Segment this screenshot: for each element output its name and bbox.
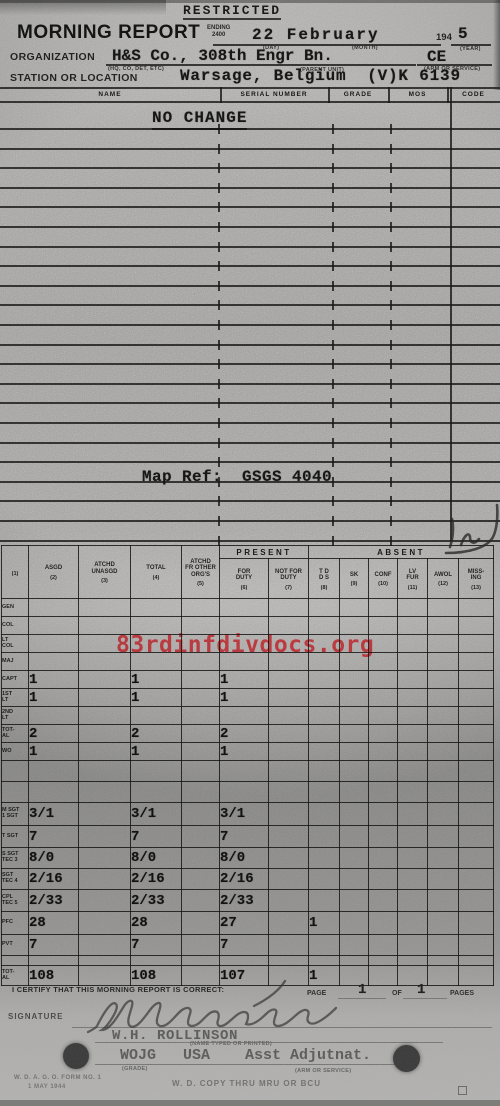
pages-underline	[403, 998, 447, 999]
tally-cell: 3/1	[29, 803, 79, 826]
roster-rule-tick	[218, 242, 220, 252]
tally-cell	[182, 761, 220, 782]
tally-cell: 108	[29, 966, 79, 986]
roster-rule-tick	[332, 477, 334, 487]
tally-cell	[220, 653, 269, 671]
tally-cell	[309, 653, 340, 671]
tally-cell	[340, 617, 369, 635]
tally-cell	[428, 935, 459, 956]
roster-rule-line	[0, 540, 500, 542]
roster-header-row: NAMESERIAL NUMBERGRADEMOSCODE	[0, 88, 500, 102]
report-year-value: 5	[458, 25, 468, 43]
tally-cell	[79, 890, 131, 912]
tally-cell: 1	[220, 671, 269, 689]
roster-rule-tick	[390, 379, 392, 389]
page-label: PAGE	[307, 990, 326, 997]
tally-cell	[340, 707, 369, 725]
tally-cell	[340, 599, 369, 617]
tally-cell	[428, 912, 459, 935]
tally-cell	[309, 635, 340, 653]
tally-cell: 7	[29, 935, 79, 956]
tally-cell	[79, 599, 131, 617]
tally-cell	[340, 671, 369, 689]
punch-hole-right	[393, 1045, 420, 1072]
tally-cell	[269, 912, 309, 935]
tally-column-header: T DD S(8)	[309, 559, 340, 599]
of-label: OF	[392, 990, 402, 997]
tally-cell	[398, 671, 428, 689]
roster-rule-tick	[218, 496, 220, 506]
tally-cell	[29, 653, 79, 671]
roster-rule-tick	[390, 457, 392, 467]
tally-cell	[269, 803, 309, 826]
tally-cell: 28	[29, 912, 79, 935]
tally-column-header: TOTAL(4)	[131, 546, 182, 599]
roster-rule-line	[0, 324, 500, 326]
tally-cell	[29, 707, 79, 725]
tally-cell	[340, 761, 369, 782]
roster-rule-tick	[390, 496, 392, 506]
tally-row	[2, 782, 494, 803]
tally-cell	[79, 689, 131, 707]
roster-rule-tick	[332, 320, 334, 330]
station-label: STATION OR LOCATION	[10, 72, 138, 84]
tally-cell	[340, 743, 369, 761]
tally-row-label: M SGT1 SGT	[2, 803, 29, 826]
tally-cell	[220, 635, 269, 653]
tally-cell	[428, 635, 459, 653]
roster-rule-tick	[390, 163, 392, 173]
month-label: (MONTH)	[352, 45, 378, 51]
page-number-value: 1	[358, 982, 366, 998]
year-prefix-label: 194	[436, 32, 452, 43]
pages-label: PAGES	[450, 990, 474, 997]
tally-cell	[29, 635, 79, 653]
tally-row: 2NDLT	[2, 707, 494, 725]
tally-cell	[29, 782, 79, 803]
tally-cell	[309, 935, 340, 956]
tally-cell	[131, 635, 182, 653]
tally-cell	[309, 599, 340, 617]
tally-cell	[79, 935, 131, 956]
tally-row-label: GEN	[2, 599, 29, 617]
restricted-stamp: RESTRICTED	[183, 3, 281, 20]
roster-header-bottom-line	[0, 101, 500, 103]
tally-row-label: MAJ	[2, 653, 29, 671]
tally-cell	[369, 966, 398, 986]
tally-column-header: FORDUTY(6)	[220, 559, 269, 599]
tally-cell	[428, 869, 459, 890]
tally-cell	[369, 653, 398, 671]
tally-cell	[340, 912, 369, 935]
tally-cell: 108	[131, 966, 182, 986]
roster-rule-line	[0, 304, 500, 306]
roster-rule-tick	[332, 281, 334, 291]
roster-rule-tick	[332, 222, 334, 232]
tally-cell	[459, 599, 494, 617]
roster-rule-tick	[332, 398, 334, 408]
tally-cell	[398, 743, 428, 761]
tally-cell	[398, 707, 428, 725]
roster-rule-tick	[390, 300, 392, 310]
tally-row-label: CAPT	[2, 671, 29, 689]
tally-cell	[131, 761, 182, 782]
tally-cell	[309, 689, 340, 707]
map-reference-entry: Map Ref: GSGS 4040	[142, 468, 332, 486]
roster-rule-tick	[218, 340, 220, 350]
tally-column-header: NOT FORDUTY(7)	[269, 559, 309, 599]
tally-cell	[398, 935, 428, 956]
tally-cell: 3/1	[220, 803, 269, 826]
organization-label: ORGANIZATION	[10, 51, 95, 63]
tally-cell: 1	[220, 689, 269, 707]
tally-cell: 28	[131, 912, 182, 935]
tally-cell	[182, 956, 220, 966]
tally-cell	[369, 743, 398, 761]
tally-cell	[182, 869, 220, 890]
tally-cell	[428, 599, 459, 617]
form-date: 1 MAY 1944	[28, 1084, 66, 1090]
tally-cell	[398, 869, 428, 890]
tally-cell	[269, 725, 309, 743]
roster-rule-line	[0, 246, 500, 248]
roster-column-header: CODE	[447, 88, 500, 102]
tally-cell	[182, 599, 220, 617]
tally-row: SGTTEC 42/162/162/16	[2, 869, 494, 890]
tally-cell	[369, 707, 398, 725]
roster-rule-tick	[332, 163, 334, 173]
tally-cell	[182, 617, 220, 635]
roster-rule-tick	[390, 183, 392, 193]
tally-cell	[369, 689, 398, 707]
tally-cell	[220, 707, 269, 725]
tally-cell	[369, 725, 398, 743]
tally-cell	[269, 635, 309, 653]
tally-cell	[309, 869, 340, 890]
tally-row	[2, 761, 494, 782]
roster-rule-tick	[218, 516, 220, 526]
signature-label: SIGNATURE	[8, 1012, 64, 1021]
tally-cell	[269, 761, 309, 782]
tally-cell	[459, 743, 494, 761]
tally-row: WO111	[2, 743, 494, 761]
tally-column-header: ATCHDFR OTHERORG'S(5)	[182, 546, 220, 599]
tally-column-header: ASGD(2)	[29, 546, 79, 599]
branch-value: USA	[183, 1047, 210, 1064]
roster-rule-line	[0, 363, 500, 365]
tally-cell: 3/1	[131, 803, 182, 826]
tally-row: 1STLT111	[2, 689, 494, 707]
roster-rule-line	[0, 206, 500, 208]
tally-row: MAJ	[2, 653, 494, 671]
tally-cell	[79, 966, 131, 986]
roster-rule-tick	[218, 281, 220, 291]
tally-cell	[398, 617, 428, 635]
roster-rule-tick	[218, 202, 220, 212]
roster-rule-line	[0, 344, 500, 346]
tally-cell	[459, 782, 494, 803]
tally-cell	[131, 956, 182, 966]
tally-cell	[459, 803, 494, 826]
form-number: W. D. A. G. O. FORM NO. 1	[14, 1075, 101, 1081]
tally-cell	[428, 966, 459, 986]
tally-row: CPLTEC 52/332/332/33	[2, 890, 494, 912]
tally-row-label	[2, 956, 29, 966]
tally-cell	[79, 912, 131, 935]
grade-label: (GRADE)	[122, 1066, 148, 1072]
tally-row: TOT-AL222	[2, 725, 494, 743]
tally-cell	[182, 689, 220, 707]
tally-cell	[398, 782, 428, 803]
tally-cell	[428, 671, 459, 689]
tally-cell	[398, 599, 428, 617]
roster-rule-line	[0, 500, 500, 502]
tally-cell	[220, 599, 269, 617]
tally-row-label: S SGTTEC 3	[2, 848, 29, 869]
roster-rule-tick	[218, 300, 220, 310]
tally-cell	[459, 966, 494, 986]
tally-cell: 1	[220, 743, 269, 761]
roster-rule-tick	[332, 359, 334, 369]
tally-cell	[220, 782, 269, 803]
code-column-line	[450, 87, 452, 542]
tally-cell	[309, 671, 340, 689]
roster-column-header: SERIAL NUMBER	[220, 88, 328, 102]
tally-cell	[369, 848, 398, 869]
roster-header-divider	[388, 87, 390, 103]
tally-cell	[79, 956, 131, 966]
roster-column-header: MOS	[388, 88, 447, 102]
tally-cell: 2/33	[220, 890, 269, 912]
tally-cell: 2	[131, 725, 182, 743]
tally-cell: 1	[131, 743, 182, 761]
station-value: Warsage, Belgium (V)K 6139	[180, 67, 461, 85]
tally-cell: 27	[220, 912, 269, 935]
tally-row-label: TOT-AL	[2, 966, 29, 986]
tally-cell	[79, 782, 131, 803]
roster-rule-tick	[390, 144, 392, 154]
roster-rule-tick	[218, 438, 220, 448]
tally-cell	[29, 599, 79, 617]
year-label: (YEAR)	[460, 46, 481, 52]
roster-rule-tick	[218, 222, 220, 232]
tally-cell	[428, 848, 459, 869]
roster-rule-line	[0, 148, 500, 150]
arm-service-value: CE	[427, 48, 446, 66]
roster-rule-tick	[390, 320, 392, 330]
arm-service-footer-label: (ARM OR SERVICE)	[295, 1068, 351, 1074]
tally-cell	[459, 761, 494, 782]
tally-cell: 8/0	[220, 848, 269, 869]
tally-cell	[459, 635, 494, 653]
tally-cell	[398, 635, 428, 653]
roster-rule-tick	[218, 379, 220, 389]
tally-cell	[182, 725, 220, 743]
scan-edge-bottom	[0, 1100, 500, 1106]
present-group-header: PRESENT	[220, 546, 309, 559]
tally-cell: 1	[29, 689, 79, 707]
tally-cell	[428, 803, 459, 826]
tally-cell: 2/16	[220, 869, 269, 890]
tally-cell	[182, 743, 220, 761]
tally-row: CAPT111	[2, 671, 494, 689]
tally-cell: 2/16	[29, 869, 79, 890]
roster-rule-tick	[218, 183, 220, 193]
tally-cell	[459, 869, 494, 890]
roster-rule-tick	[332, 418, 334, 428]
tally-row-label: 2NDLT	[2, 707, 29, 725]
tally-row: S SGTTEC 38/08/08/0	[2, 848, 494, 869]
tally-cell	[79, 803, 131, 826]
tally-row: PFC2828271	[2, 912, 494, 935]
roster-rule-tick	[390, 222, 392, 232]
corner-checkbox	[458, 1086, 467, 1095]
tally-cell	[369, 671, 398, 689]
roster-rule-tick	[332, 261, 334, 271]
tally-cell	[79, 848, 131, 869]
tally-cell	[182, 635, 220, 653]
tally-cell: 2	[220, 725, 269, 743]
tally-cell	[459, 707, 494, 725]
roster-header-divider	[328, 87, 330, 103]
roster-rule-tick	[390, 418, 392, 428]
tally-cell: 2/33	[131, 890, 182, 912]
roster-column-header: NAME	[0, 88, 220, 102]
absent-group-header: ABSENT	[309, 546, 494, 559]
tally-cell	[309, 782, 340, 803]
roster-rule-tick	[390, 359, 392, 369]
tally-cell	[131, 782, 182, 803]
tally-cell	[459, 848, 494, 869]
roster-rule-tick	[332, 340, 334, 350]
tally-cell: 7	[131, 826, 182, 848]
tally-cell	[269, 848, 309, 869]
tally-cell: 8/0	[29, 848, 79, 869]
tally-cell	[340, 653, 369, 671]
tally-cell: 8/0	[131, 848, 182, 869]
tally-cell	[398, 761, 428, 782]
tally-cell	[340, 782, 369, 803]
roster-rule-line	[0, 128, 500, 130]
tally-cell	[428, 956, 459, 966]
tally-cell	[79, 653, 131, 671]
tally-cell: 2/16	[131, 869, 182, 890]
roster-rule-tick	[390, 124, 392, 134]
tally-cell	[269, 935, 309, 956]
roster-rule-tick	[332, 496, 334, 506]
tally-cell	[269, 707, 309, 725]
tally-cell	[428, 743, 459, 761]
tally-cell: 1	[309, 912, 340, 935]
tally-cell	[459, 956, 494, 966]
tally-cell	[182, 935, 220, 956]
tally-cell	[428, 617, 459, 635]
tally-cell: 1	[131, 689, 182, 707]
organization-value: H&S Co., 308th Engr Bn.	[112, 47, 333, 65]
tally-cell	[269, 653, 309, 671]
tally-cell	[269, 599, 309, 617]
roster-rule-tick	[390, 398, 392, 408]
tally-cell	[269, 869, 309, 890]
roster-rule-line	[0, 285, 500, 287]
tally-cell	[369, 956, 398, 966]
form-title: MORNING REPORT	[17, 22, 200, 44]
tally-cell	[29, 956, 79, 966]
page-underline	[338, 998, 386, 999]
roster-rule-tick	[332, 379, 334, 389]
tally-cell	[459, 935, 494, 956]
tally-cell	[459, 912, 494, 935]
roster-rule-line	[0, 226, 500, 228]
tally-cell	[369, 599, 398, 617]
grade-value: WOJG	[120, 1047, 156, 1064]
tally-row: T SGT777	[2, 826, 494, 848]
roster-rule-tick	[332, 300, 334, 310]
tally-cell	[79, 671, 131, 689]
tally-cell	[369, 869, 398, 890]
tally-cell	[79, 635, 131, 653]
tally-cell	[182, 966, 220, 986]
tally-cell: 2	[29, 725, 79, 743]
tally-cell	[309, 743, 340, 761]
roster-rule-tick	[218, 320, 220, 330]
roster-header-divider	[220, 87, 222, 103]
tally-row-label: CPLTEC 5	[2, 890, 29, 912]
tally-cell: 7	[220, 935, 269, 956]
tally-cell	[398, 689, 428, 707]
roster-rule-tick	[390, 477, 392, 487]
tally-cell	[182, 707, 220, 725]
tally-column-header: AWOL(12)	[428, 559, 459, 599]
roster-rule-tick	[218, 163, 220, 173]
roster-rule-tick	[218, 359, 220, 369]
tally-cell	[398, 912, 428, 935]
tally-cell	[309, 707, 340, 725]
roster-rule-tick	[218, 457, 220, 467]
tally-cell	[459, 689, 494, 707]
tally-cell	[29, 617, 79, 635]
tally-cell	[309, 890, 340, 912]
grade-line	[95, 1064, 395, 1065]
tally-cell	[79, 869, 131, 890]
roster-rule-tick	[332, 516, 334, 526]
tally-cell	[340, 689, 369, 707]
tally-row: LTCOL	[2, 635, 494, 653]
roster-header-top-line	[0, 87, 500, 89]
tally-cell	[79, 743, 131, 761]
tally-cell	[398, 890, 428, 912]
tally-cell: 7	[29, 826, 79, 848]
tally-cell	[459, 617, 494, 635]
no-change-entry: NO CHANGE	[152, 109, 247, 130]
roster-rule-line	[0, 402, 500, 404]
tally-cell: 1	[29, 671, 79, 689]
roster-rule-tick	[218, 418, 220, 428]
tally-cell	[428, 689, 459, 707]
tally-column-header: MISS-ING(13)	[459, 559, 494, 599]
tally-column-header: SK(9)	[340, 559, 369, 599]
strength-tally-table: (1)ASGD(2)ATCHDUNASGD(3)TOTAL(4)ATCHDFR …	[1, 545, 494, 986]
roster-rule-tick	[332, 124, 334, 134]
tally-cell	[131, 599, 182, 617]
tally-cell	[269, 966, 309, 986]
tally-cell	[29, 761, 79, 782]
roster-rule-tick	[218, 144, 220, 154]
tally-row: COL	[2, 617, 494, 635]
tally-row-label: TOT-AL	[2, 725, 29, 743]
tally-row-label	[2, 782, 29, 803]
tally-cell	[428, 782, 459, 803]
